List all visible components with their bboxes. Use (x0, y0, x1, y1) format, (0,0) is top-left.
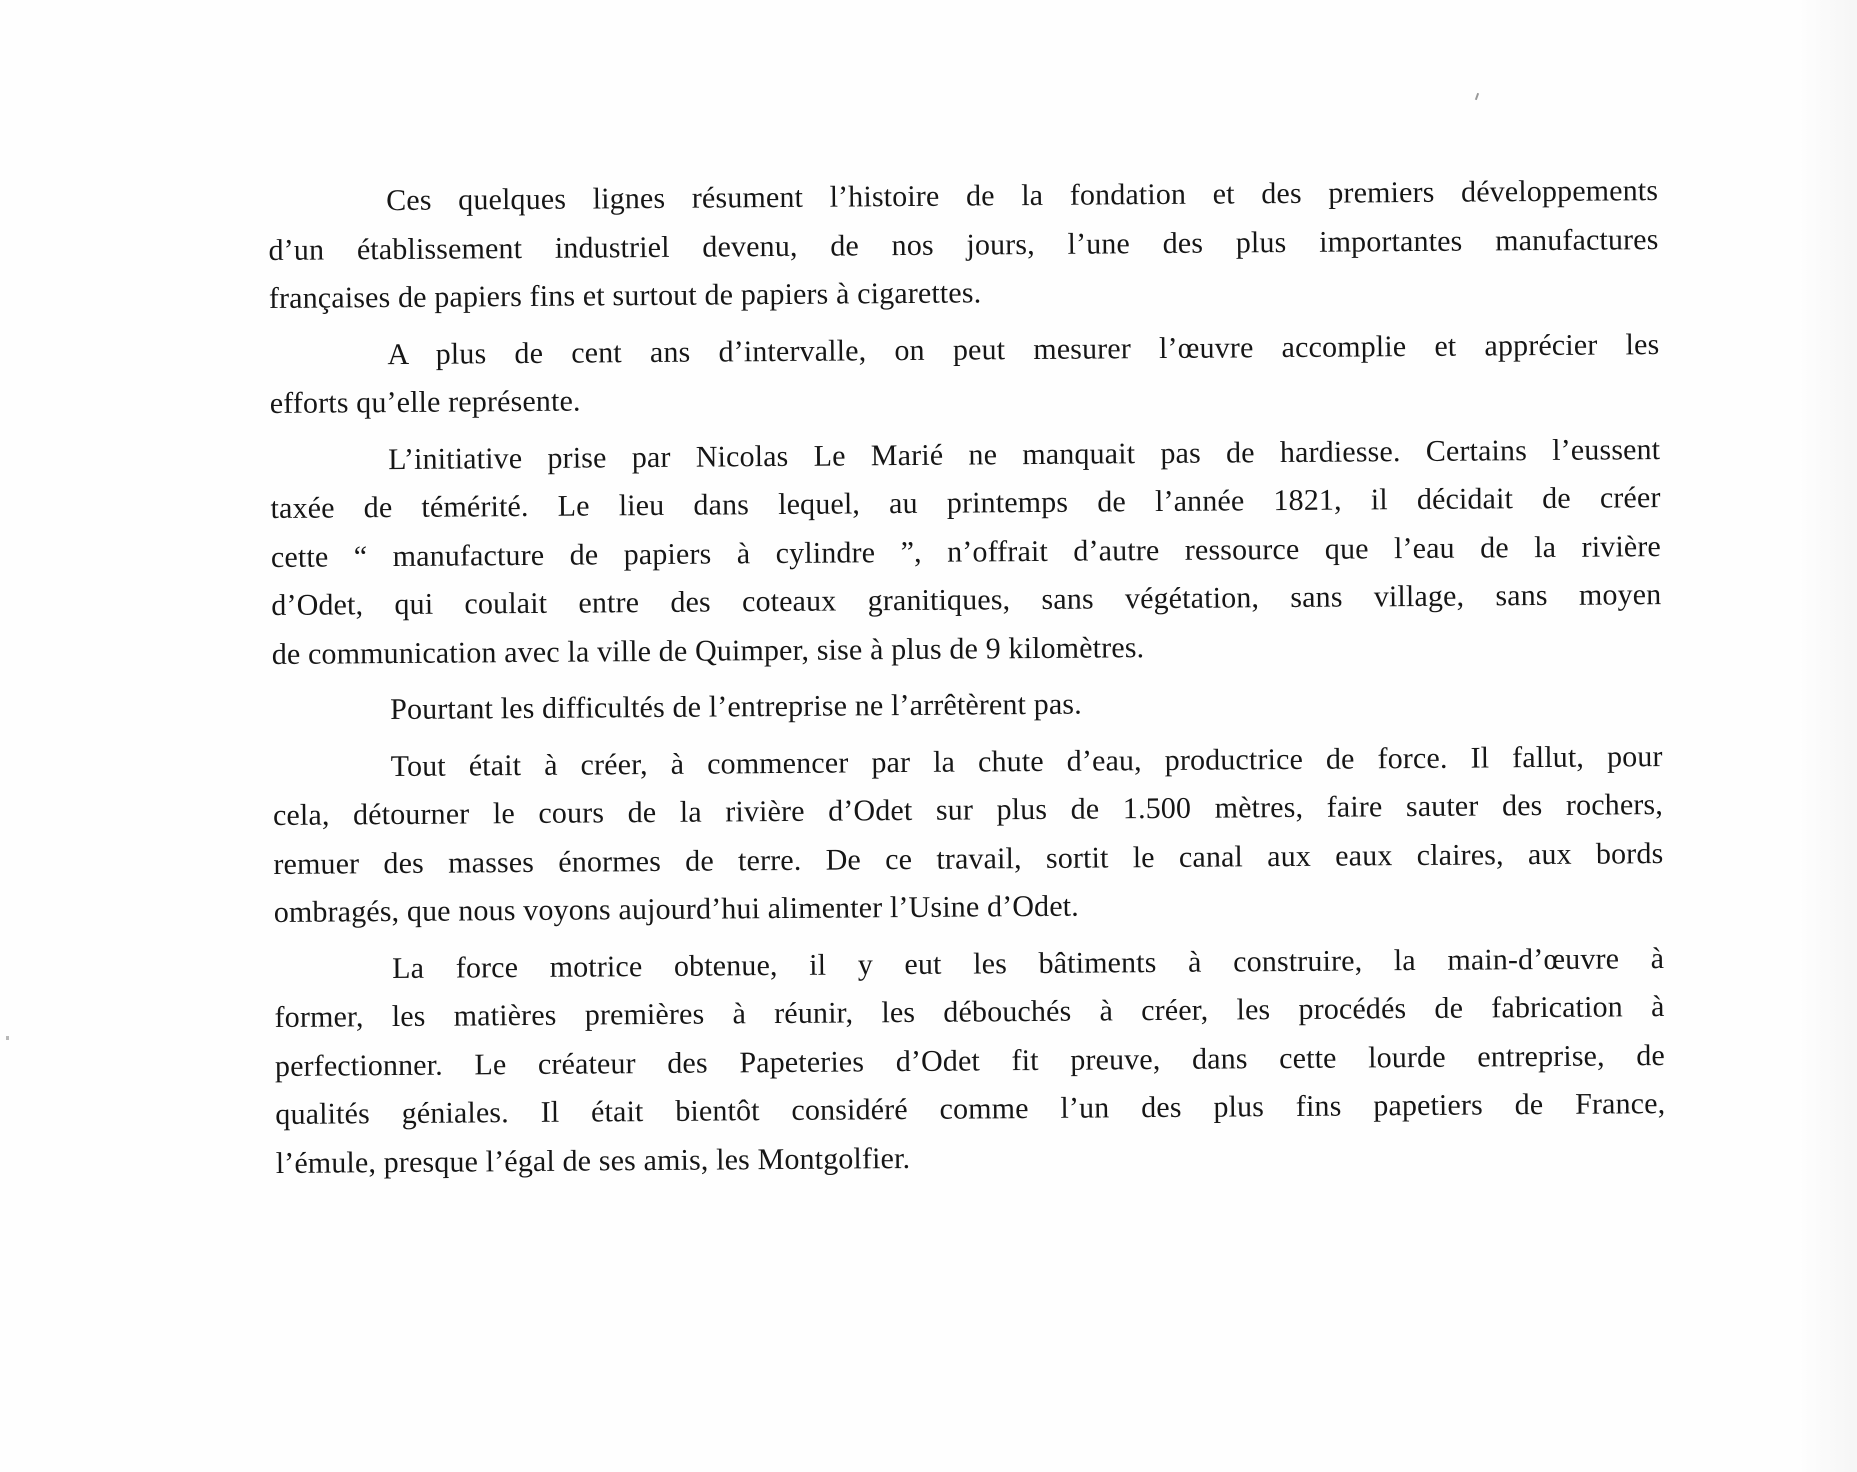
paragraph-6: La force motrice obtenue, il y eut les b… (274, 935, 1666, 1188)
text-line: françaises de papiers fins et surtout de… (269, 264, 1659, 323)
scanned-page: Ces quelques lignes résument l’histoire … (0, 0, 1857, 1472)
text-line: efforts qu’elle représente. (270, 369, 1660, 428)
text-line: de communication avec la ville de Quimpe… (272, 620, 1662, 679)
paragraph-2: A plus de cent ans d’intervalle, on peut… (269, 321, 1660, 429)
text-line: l’émule, presque l’égal de ses amis, les… (276, 1129, 1666, 1188)
paragraph-5: Tout était à créer, à commencer par la c… (272, 733, 1663, 938)
text-line: Pourtant les difficultés de l’entreprise… (272, 676, 1662, 735)
paragraph-1: Ces quelques lignes résument l’histoire … (268, 167, 1659, 323)
scan-speck (6, 1036, 9, 1040)
paragraph-3: L’initiative prise par Nicolas Le Marié … (270, 426, 1662, 679)
page-edge-shadow (1797, 0, 1857, 1472)
scan-speck (1475, 93, 1479, 100)
text-line: ombragés, que nous voyons aujourd’hui al… (274, 878, 1664, 937)
paragraph-4: Pourtant les difficultés de l’entreprise… (272, 676, 1662, 735)
body-text: Ces quelques lignes résument l’histoire … (268, 167, 1666, 1196)
